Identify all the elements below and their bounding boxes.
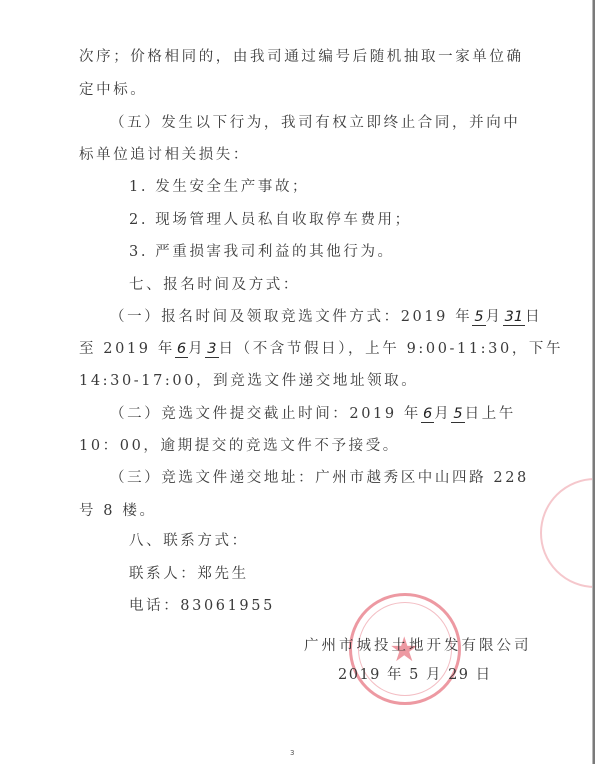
handwritten-month: 6 — [175, 342, 188, 358]
clause-five-line: （五）发生以下行为，我司有权立即终止合同，并向中 — [110, 114, 520, 132]
registration-suffix: （不含节假日），上午 9:00-11:30，下午 — [236, 341, 564, 357]
handwritten-day: 3 — [205, 342, 218, 358]
registration-line-1: （一）报名时间及领取竞选文件方式：2019 年5月31日 — [110, 308, 542, 326]
registration-prefix: （一）报名时间及领取竞选文件方式：2019 年 — [110, 309, 472, 325]
list-item: 1. 发生安全生产事故； — [129, 178, 309, 196]
document-page: 次序；价格相同的，由我司通过编号后随机抽取一家单位确 定中标。 （五）发生以下行… — [0, 0, 592, 764]
paragraph-line: 次序；价格相同的，由我司通过编号后随机抽取一家单位确 — [79, 48, 524, 66]
address-line-1: （三）竞选文件递交地址：广州市越秀区中山四路 228 — [110, 469, 529, 487]
contact-person: 联系人：郑先生 — [129, 565, 249, 583]
address-line-2: 号 8 楼。 — [79, 502, 157, 520]
day-char: 日 — [219, 341, 236, 357]
contact-phone: 电话：83061955 — [129, 597, 275, 615]
list-item: 2. 现场管理人员私自收取停车费用； — [129, 211, 412, 229]
contact-heading: 八、联系方式： — [129, 532, 249, 550]
handwritten-day: 31 — [503, 310, 525, 326]
month-char: 月 — [486, 309, 503, 325]
handwritten-day: 5 — [451, 407, 464, 423]
signature-date: 2019 年 5 月 29 日 — [338, 666, 492, 684]
signature-company: 广州市城投土地开发有限公司 — [304, 637, 532, 655]
month-char: 月 — [434, 406, 451, 422]
handwritten-month: 6 — [421, 407, 434, 423]
deadline-line-2: 10：00，逾期提交的竞选文件不予接受。 — [79, 437, 400, 455]
deadline-line-1: （二）竞选文件提交截止时间：2019 年6月5日上午 — [110, 405, 516, 423]
registration-line-2: 至 2019 年6月3日（不含节假日），上午 9:00-11:30，下午 — [79, 340, 563, 358]
section-heading: 七、报名时间及方式： — [129, 276, 300, 294]
deadline-prefix: （二）竞选文件提交截止时间：2019 年 — [110, 406, 421, 422]
list-item: 3. 严重损害我司利益的其他行为。 — [129, 243, 395, 261]
paragraph-line: 标单位追讨相关损失： — [79, 146, 250, 164]
month-char: 月 — [188, 341, 205, 357]
deadline-suffix: 日上午 — [465, 406, 516, 422]
registration-prefix-2: 至 2019 年 — [79, 341, 175, 357]
paragraph-line: 定中标。 — [79, 81, 147, 99]
registration-line-3: 14:30-17:00，到竞选文件递交地址领取。 — [79, 372, 418, 390]
day-char: 日 — [525, 309, 542, 325]
edge-seal-partial — [540, 478, 595, 588]
handwritten-month: 5 — [472, 310, 485, 326]
page-number: 3 — [290, 749, 294, 757]
